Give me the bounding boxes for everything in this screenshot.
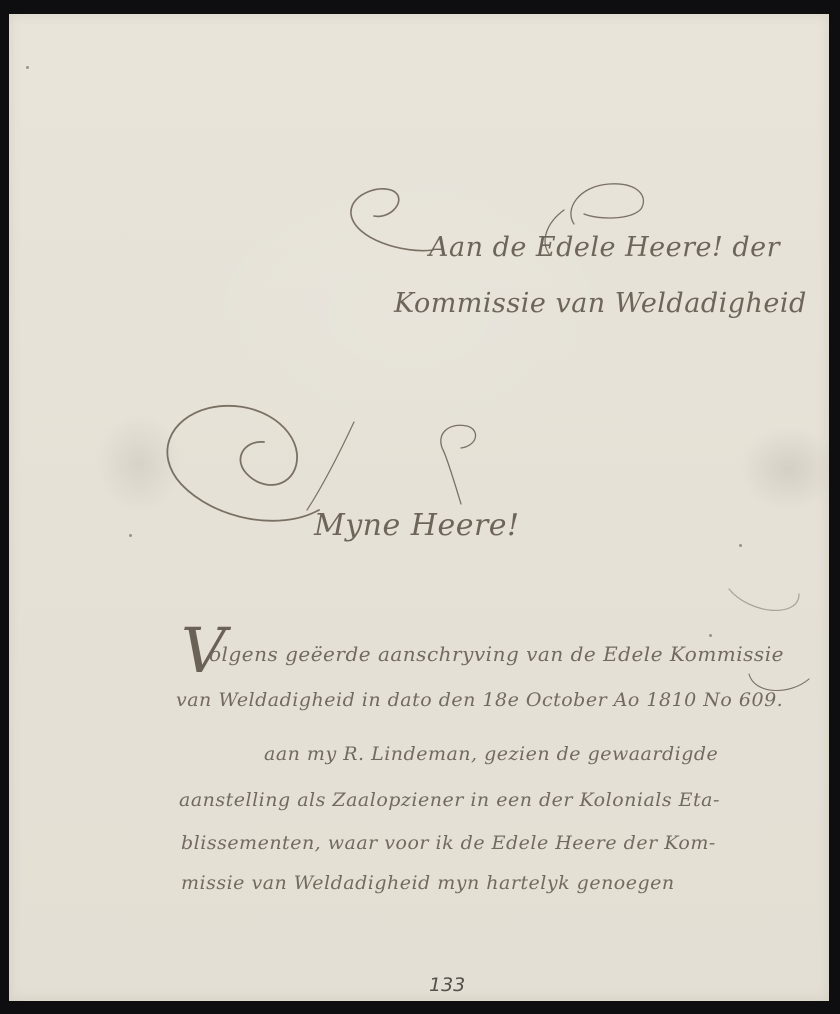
paper-speck: [26, 66, 29, 69]
address-line-2: Kommissie van Weldadigheid: [394, 288, 807, 319]
body-line-4: aanstelling als Zaalopziener in een der …: [179, 789, 720, 811]
body-line-6: missie van Weldadigheid myn hartelyk gen…: [181, 872, 675, 894]
folio-number: 133: [429, 974, 465, 996]
paper-speck: [739, 544, 742, 547]
address-line-1: Aan de Edele Heere! der: [429, 232, 780, 263]
body-line-1: olgens geëerde aanschryving van de Edele…: [209, 642, 784, 666]
paper-speck: [129, 534, 132, 537]
paper-speck: [709, 634, 712, 637]
scan-border: Aan de Edele Heere! der Kommissie van We…: [0, 0, 840, 1014]
salutation: Myne Heere!: [314, 508, 520, 543]
body-line-2: van Weldadigheid in dato den 18e October…: [176, 689, 783, 711]
manuscript-page: Aan de Edele Heere! der Kommissie van We…: [9, 14, 829, 1001]
body-line-5: blissementen, waar voor ik de Edele Heer…: [181, 832, 716, 854]
body-line-3: aan my R. Lindeman, gezien de gewaardigd…: [264, 743, 718, 765]
